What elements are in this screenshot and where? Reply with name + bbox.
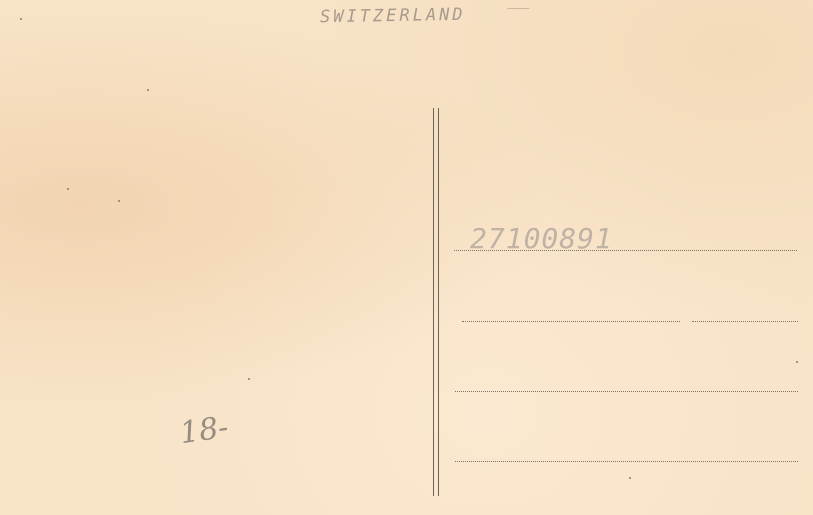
paper-speck bbox=[67, 188, 69, 190]
corner-mark bbox=[502, 0, 529, 9]
center-divider-line bbox=[433, 108, 439, 496]
paper-speck bbox=[248, 378, 250, 380]
paper-speck bbox=[147, 89, 149, 91]
address-line-2a bbox=[462, 321, 680, 322]
handwritten-price: 18- bbox=[178, 410, 231, 451]
handwritten-country: SWITZERLAND bbox=[320, 5, 466, 28]
paper-speck bbox=[796, 361, 798, 363]
address-line-1 bbox=[454, 250, 797, 251]
paper-speck bbox=[118, 200, 120, 202]
address-line-3 bbox=[455, 391, 798, 392]
address-line-2b bbox=[692, 321, 798, 322]
paper-speck bbox=[20, 18, 22, 20]
address-line-4 bbox=[455, 461, 798, 462]
paper-speck bbox=[629, 477, 631, 479]
